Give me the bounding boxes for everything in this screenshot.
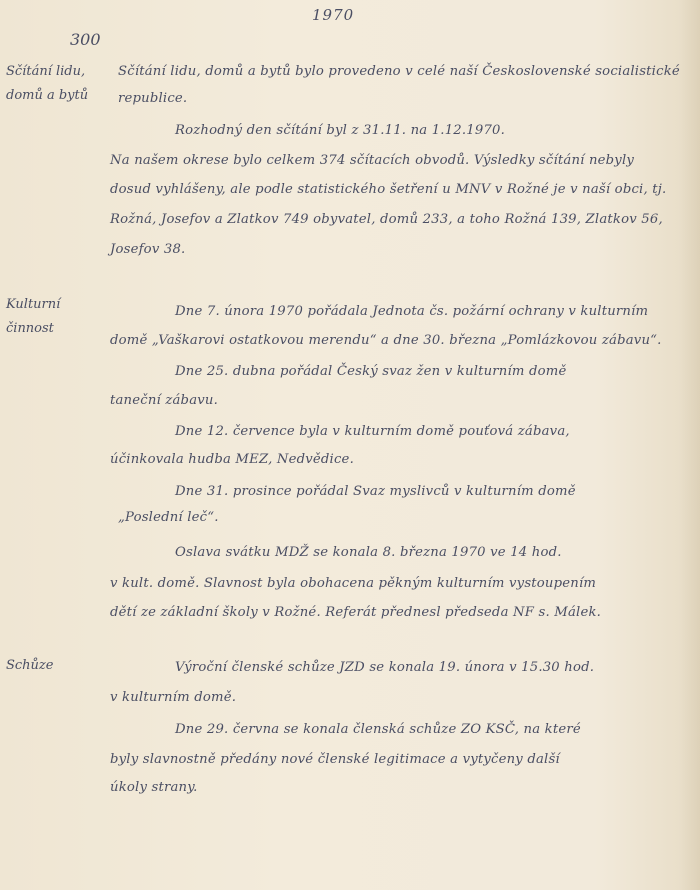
text-line: úkoly strany. (110, 780, 198, 795)
text-line: Dne 31. prosince pořádal Svaz myslivců v… (175, 484, 576, 499)
text-line: Dne 25. dubna pořádal Český svaz žen v k… (175, 364, 567, 379)
text-line: účinkovala hudba MEZ, Nedvědice. (110, 452, 354, 467)
heading-line: Sčítání lidu, (6, 60, 106, 84)
text-line: Josefov 38. (110, 242, 185, 257)
text-line: Sčítání lidu, domů a bytů bylo provedeno… (118, 64, 680, 79)
text-line: Na našem okrese bylo celkem 374 sčítacíc… (110, 153, 634, 168)
text-line: taneční zábavu. (110, 393, 218, 408)
margin-heading-census: Sčítání lidu, domů a bytů (6, 60, 106, 108)
heading-line: domů a bytů (6, 84, 106, 108)
text-line: Dne 7. února 1970 pořádala Jednota čs. p… (175, 304, 648, 319)
heading-line: Schůze (6, 654, 106, 678)
text-line: Dne 12. července byla v kulturním domě p… (175, 424, 570, 439)
page-number: 300 (70, 30, 101, 49)
chronicle-page: 1970 300 Sčítání lidu, domů a bytů Sčítá… (0, 0, 700, 890)
margin-heading-culture: Kulturní činnost (6, 293, 106, 341)
text-line: Oslava svátku MDŽ se konala 8. března 19… (175, 545, 562, 560)
text-line: byly slavnostně předány nové členské leg… (110, 752, 560, 767)
page-year: 1970 (312, 6, 354, 24)
text-line: domě „Vaškarovi ostatkovou merendu“ a dn… (110, 333, 661, 348)
text-line: dosud vyhlášeny, ale podle statistického… (110, 182, 666, 197)
text-line: Rozhodný den sčítání byl z 31.11. na 1.1… (175, 123, 505, 138)
margin-heading-meetings: Schůze (6, 654, 106, 678)
heading-line: činnost (6, 317, 106, 341)
heading-line: Kulturní (6, 293, 106, 317)
text-line: v kulturním domě. (110, 690, 236, 705)
text-line: dětí ze základní školy v Rožné. Referát … (110, 605, 601, 620)
text-line: Výroční členské schůze JZD se konala 19.… (175, 660, 594, 675)
text-line: Rožná, Josefov a Zlatkov 749 obyvatel, d… (110, 212, 663, 227)
text-line: v kult. domě. Slavnost byla obohacena pě… (110, 576, 596, 591)
text-line: Dne 29. června se konala členská schůze … (175, 722, 581, 737)
text-line: republice. (118, 91, 187, 106)
text-line: „Poslední leč“. (118, 510, 219, 525)
